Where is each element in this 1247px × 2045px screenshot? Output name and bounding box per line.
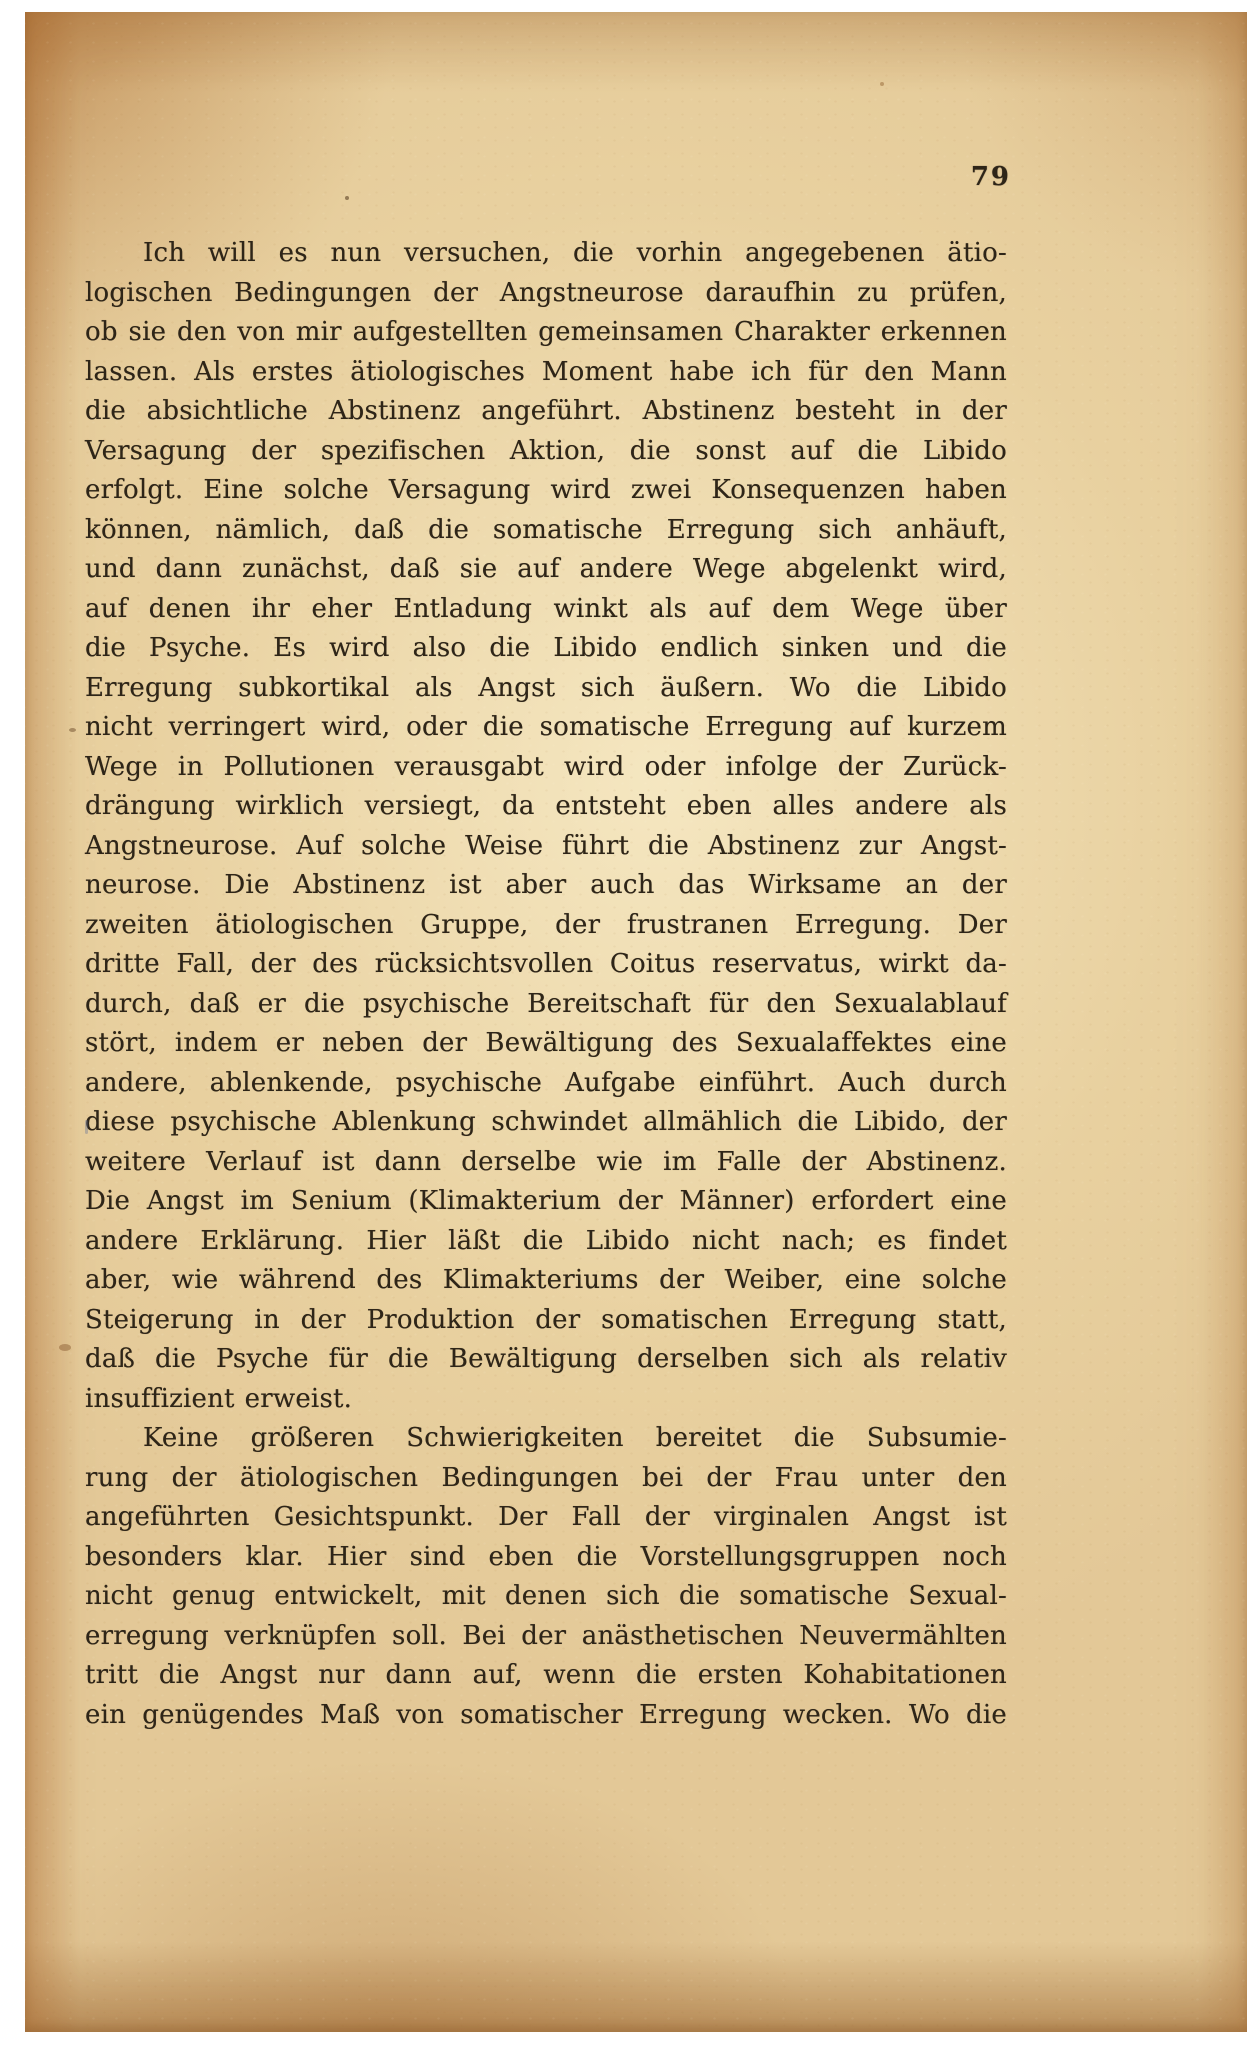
text-line: erregung verknüpfen soll. Bei der anästh…	[85, 1617, 1007, 1657]
text-line: ob sie den von mir aufgestellten gemeins…	[85, 313, 1007, 353]
text-line: die absichtliche Abstinenz angeführt. Ab…	[85, 392, 1007, 432]
text-line: Versagung der spezifischen Aktion, die s…	[85, 432, 1007, 472]
text-line: Keine größeren Schwierigkeiten bereitet …	[85, 1419, 1007, 1459]
text-line: Ich will es nun versuchen, die vorhin an…	[85, 234, 1007, 274]
paragraph: Ich will es nun versuchen, die vorhin an…	[85, 234, 1007, 1419]
text-line: angeführten Gesichtspunkt. Der Fall der …	[85, 1498, 1007, 1538]
paper-stain	[880, 82, 884, 86]
text-line: auf denen ihr eher Entladung winkt als a…	[85, 590, 1007, 630]
text-line: können, nämlich, daß die somatische Erre…	[85, 511, 1007, 551]
book-page-paper: 79 Ich will es nun versuchen, die vorhin…	[25, 12, 1247, 2032]
text-line: Wege in Pollutionen verausgabt wird oder…	[85, 748, 1007, 788]
text-line: nicht verringert wird, oder die somatisc…	[85, 708, 1007, 748]
body-text: Ich will es nun versuchen, die vorhin an…	[85, 234, 1007, 1735]
text-line: logischen Bedingungen der Angstneurose d…	[85, 274, 1007, 314]
text-line: Steigerung in der Produktion der somatis…	[85, 1301, 1007, 1341]
text-line: durch, daß er die psychische Bereitschaf…	[85, 985, 1007, 1025]
text-line: rung der ätiologischen Bedingungen bei d…	[85, 1459, 1007, 1499]
scanned-book-page: 79 Ich will es nun versuchen, die vorhin…	[0, 0, 1247, 2045]
text-line: drängung wirklich versiegt, da entsteht …	[85, 787, 1007, 827]
text-line: stört, indem er neben der Bewältigung de…	[85, 1024, 1007, 1064]
text-line: nicht genug entwickelt, mit denen sich d…	[85, 1577, 1007, 1617]
text-line: Erregung subkortikal als Angst sich äuße…	[85, 669, 1007, 709]
text-line: und dann zunächst, daß sie auf andere We…	[85, 550, 1007, 590]
paper-stain	[59, 1344, 71, 1351]
text-line: erfolgt. Eine solche Versagung wird zwei…	[85, 471, 1007, 511]
text-line: andere Erklärung. Hier läßt die Libido n…	[85, 1222, 1007, 1262]
paragraph: Keine größeren Schwierigkeiten bereitet …	[85, 1419, 1007, 1735]
text-line: Angstneurose. Auf solche Weise führt die…	[85, 827, 1007, 867]
text-line: insuffizient erweist.	[85, 1380, 1007, 1420]
text-line: daß die Psyche für die Bewältigung derse…	[85, 1340, 1007, 1380]
text-line: diese psychische Ablenkung schwindet all…	[85, 1103, 1007, 1143]
text-line: tritt die Angst nur dann auf, wenn die e…	[85, 1656, 1007, 1696]
text-line: die Psyche. Es wird also die Libido endl…	[85, 629, 1007, 669]
text-line: dritte Fall, der des rücksichtsvollen Co…	[85, 945, 1007, 985]
paper-stain	[69, 728, 76, 732]
text-line: andere, ablenkende, psychische Aufgabe e…	[85, 1064, 1007, 1104]
paper-stain	[345, 196, 349, 200]
text-line: neurose. Die Abstinenz ist aber auch das…	[85, 866, 1007, 906]
text-line: aber, wie während des Klimakteriums der …	[85, 1261, 1007, 1301]
text-line: Die Angst im Senium (Klimakterium der Mä…	[85, 1182, 1007, 1222]
text-line: zweiten ätiologischen Gruppe, der frustr…	[85, 906, 1007, 946]
text-line: besonders klar. Hier sind eben die Vorst…	[85, 1538, 1007, 1578]
text-line: ein genügendes Maß von somatischer Erreg…	[85, 1696, 1007, 1736]
page-number: 79	[971, 162, 1011, 192]
text-line: weitere Verlauf ist dann derselbe wie im…	[85, 1143, 1007, 1183]
text-line: lassen. Als erstes ätiologisches Moment …	[85, 353, 1007, 393]
